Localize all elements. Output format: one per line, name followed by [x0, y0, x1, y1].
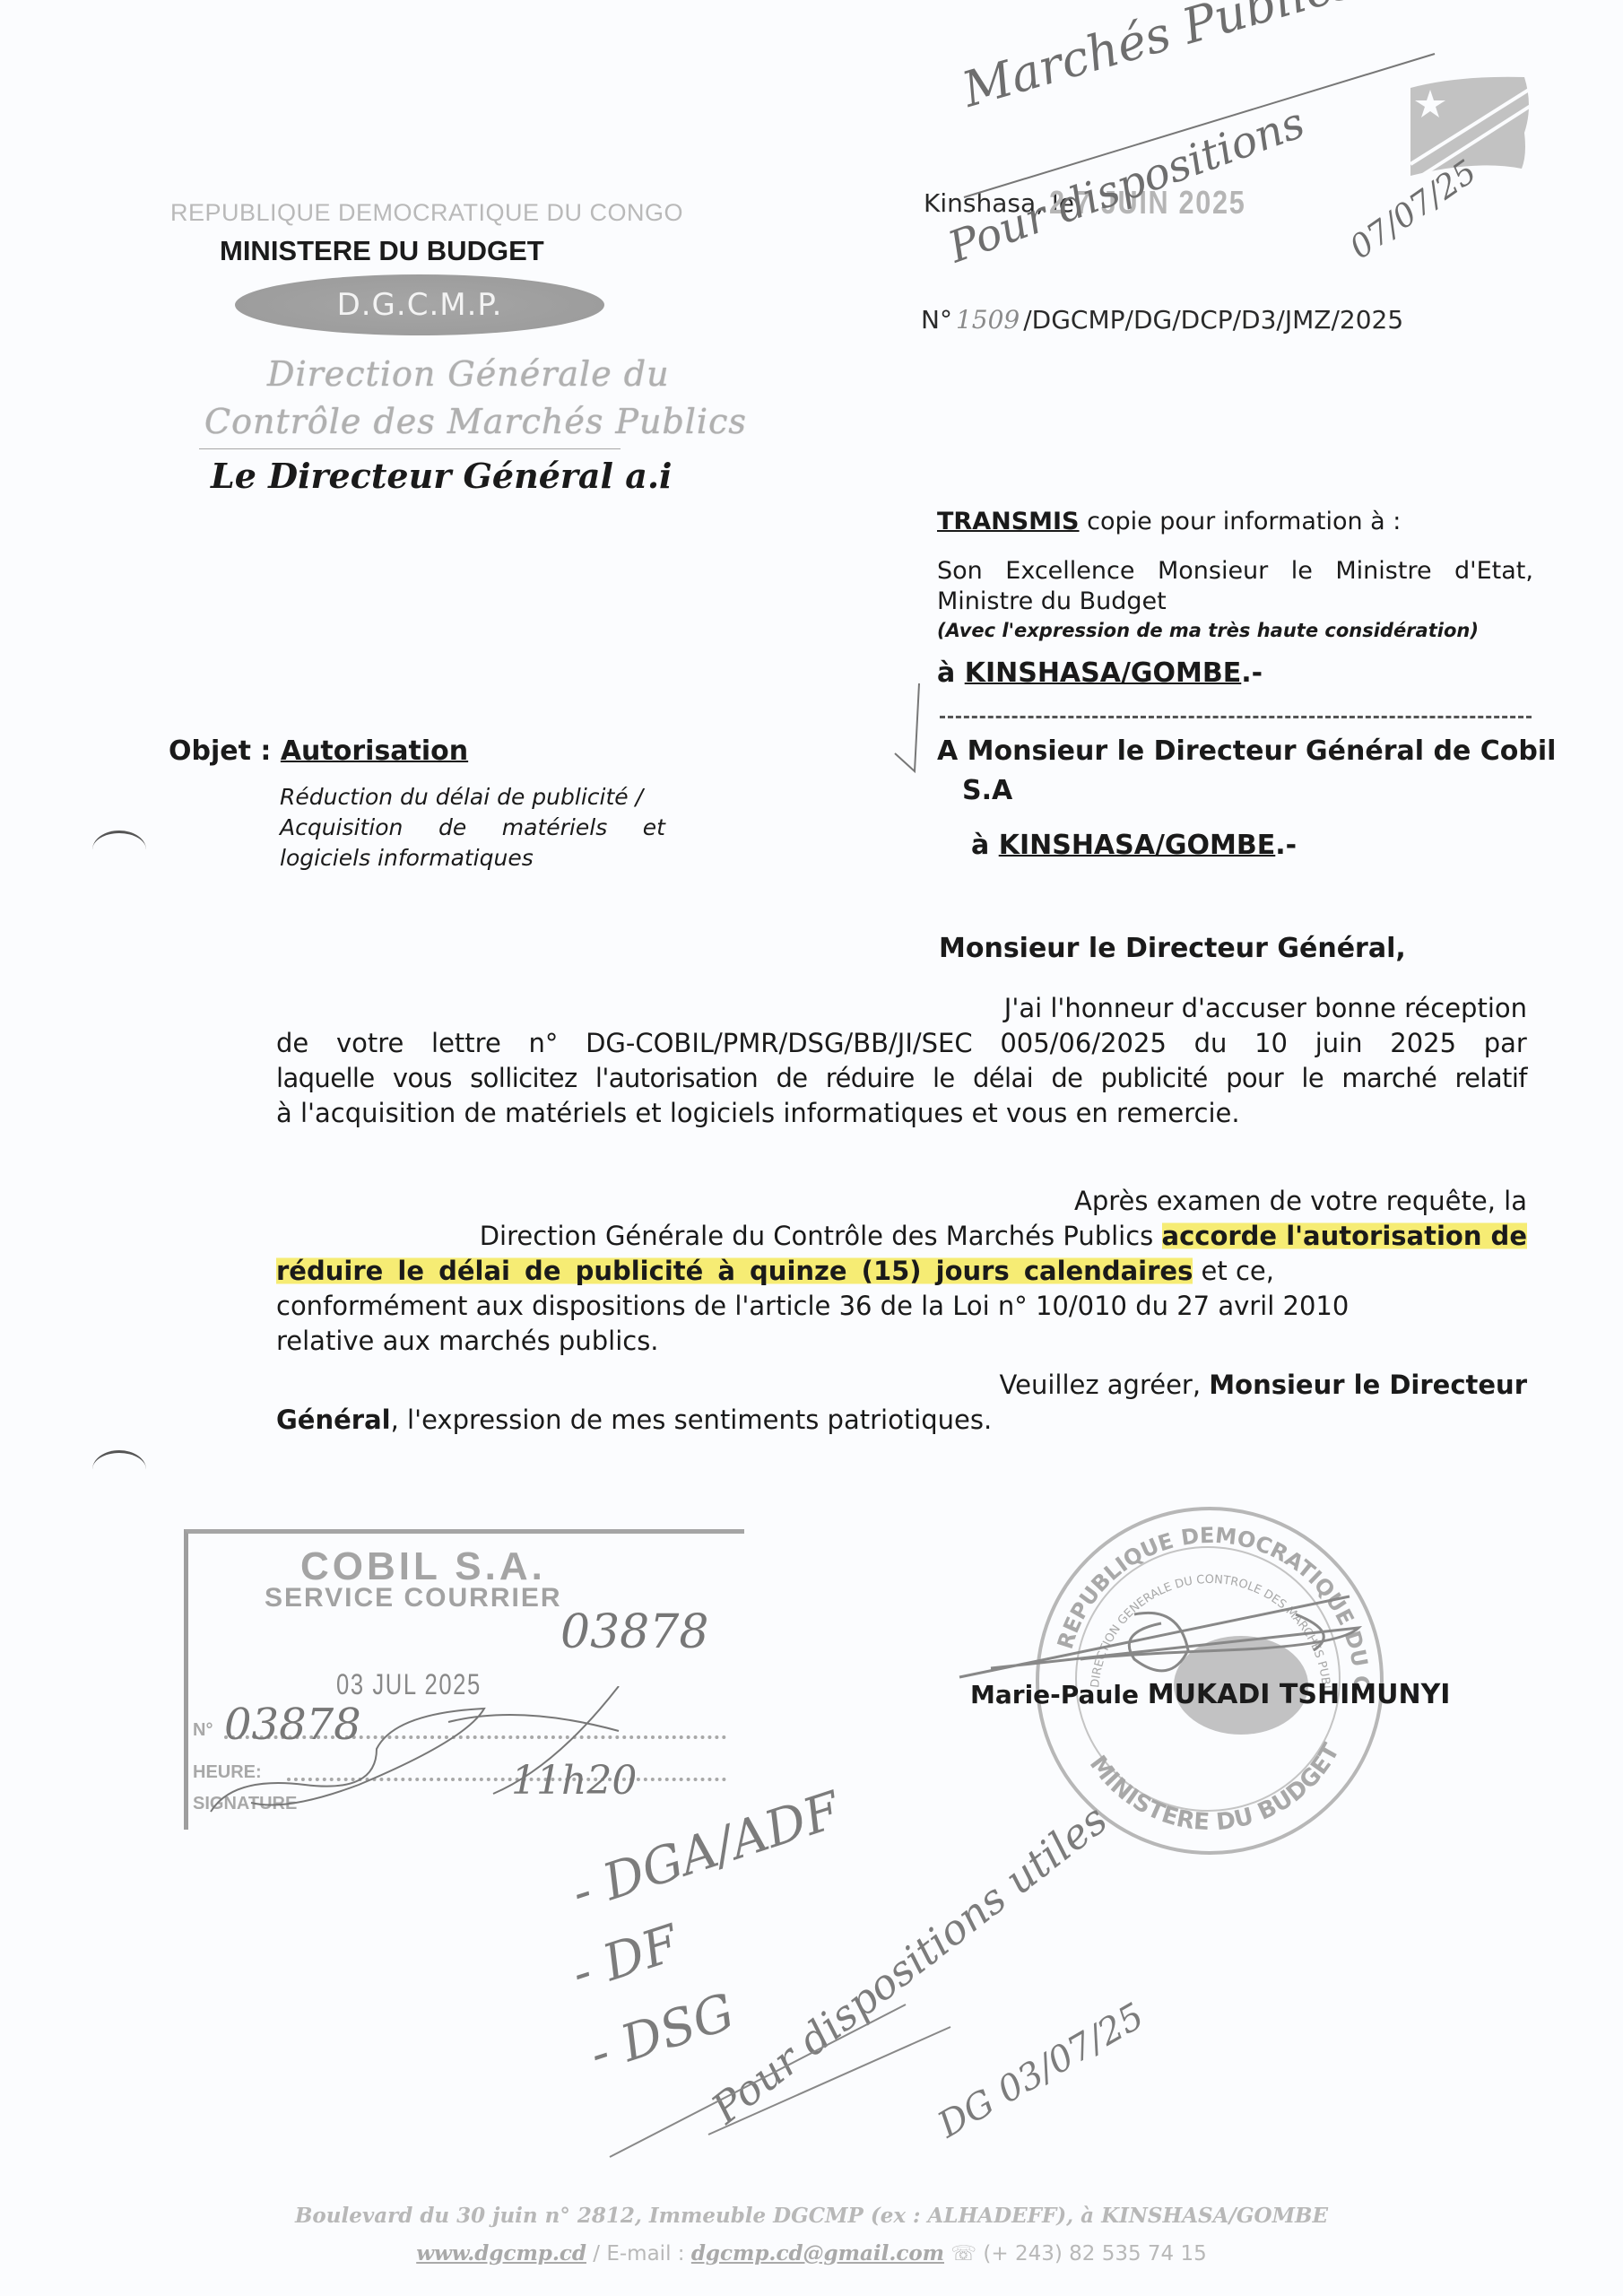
- handwritten-receipt-signature: [197, 1686, 628, 1821]
- reference-number: N°1509/DGCMP/DG/DCP/D3/JMZ/2025: [921, 305, 1403, 335]
- word: sollicitez: [470, 1061, 577, 1096]
- city-suffix: .-: [1275, 830, 1297, 861]
- copy-recipient-line2: Ministre du Budget: [915, 587, 1533, 617]
- p1-line3: laquellevoussollicitezl'autorisationderé…: [276, 1061, 1527, 1096]
- p3-plain: Veuillez agréer,: [1000, 1370, 1210, 1400]
- p1-line4: à l'acquisition de matériels et logiciel…: [276, 1096, 1527, 1131]
- p3-bold: Général: [276, 1405, 391, 1435]
- copy-recipient-city: à KINSHASA/GOMBE.-: [915, 658, 1533, 689]
- signatory-name: Marie-Paule MUKADI TSHIMUNYI: [970, 1679, 1450, 1710]
- reference-handwritten-number: 1509: [956, 305, 1020, 335]
- word: réduire: [826, 1061, 915, 1096]
- body-paragraph-2: Après examen de votre requête, la Direct…: [276, 1184, 1527, 1359]
- signatory-title: Le Directeur Général a.i: [211, 456, 672, 496]
- p3-bold: Monsieur le Directeur: [1209, 1370, 1527, 1400]
- word: délai: [973, 1061, 1033, 1096]
- subject-title: Autorisation: [281, 735, 468, 767]
- p2-line3: réduire le délai de publicité à quinze (…: [276, 1254, 1527, 1289]
- p3-plain: , l'expression de mes sentiments patriot…: [391, 1405, 993, 1435]
- word: 10: [1254, 1026, 1288, 1061]
- addressee-city: à KINSHASA/GOMBE.-: [971, 830, 1297, 861]
- letterhead-country: REPUBLIQUE DEMOCRATIQUE DU CONGO: [170, 199, 683, 227]
- word: votre: [336, 1026, 404, 1061]
- letterhead-direction-line1: Direction Générale du: [267, 354, 670, 394]
- subject-line3: logiciels informatiques: [280, 843, 665, 874]
- city-suffix: .-: [1241, 657, 1263, 689]
- letterhead-ministry: MINISTERE DU BUDGET: [220, 235, 544, 267]
- signatory-last-name: MUKADI TSHIMUNYI: [1148, 1679, 1451, 1710]
- copy-recipient-line1: Son Excellence Monsieur le Ministre d'Et…: [915, 556, 1533, 587]
- handwritten-checkmark-icon: [888, 682, 942, 780]
- p2-first-line: Après examen de votre requête, la: [276, 1184, 1527, 1219]
- word: lettre: [431, 1026, 501, 1061]
- word: de: [438, 813, 466, 843]
- word: matériels: [502, 813, 607, 843]
- subject-detail: Réduction du délai de publicité / Acquis…: [280, 782, 665, 874]
- body-paragraph-3: Veuillez agréer, Monsieur le Directeur G…: [276, 1368, 1527, 1438]
- word: de: [276, 1026, 308, 1061]
- word: et: [643, 813, 665, 843]
- footer-contact: www.dgcmp.cd / E-mail : dgcmp.cd@gmail.c…: [0, 2241, 1623, 2266]
- addressee-line1: A Monsieur le Directeur Général de Cobil: [937, 735, 1556, 767]
- body-paragraph-1: J'ai l'honneur d'accuser bonne réception…: [276, 991, 1527, 1131]
- word: le: [1291, 556, 1313, 587]
- addressee: A Monsieur le Directeur Général de Cobil…: [937, 732, 1556, 811]
- highlighted-text: accorde l'autorisation de: [1162, 1221, 1528, 1251]
- addressee-line2: S.A: [937, 771, 1556, 811]
- highlighted-text: réduire le délai de publicité à quinze (…: [276, 1256, 1193, 1286]
- word: DG-COBIL/PMR/DSG/BB/JI/SEC: [586, 1026, 973, 1061]
- reference-prefix: N°: [921, 305, 952, 335]
- word: d'Etat,: [1454, 556, 1533, 587]
- copy-heading-bold: TRANSMIS: [937, 508, 1080, 535]
- word: marché: [1341, 1061, 1436, 1096]
- dgcmp-acronym: D.G.C.M.P.: [337, 287, 503, 323]
- word: Excellence: [1005, 556, 1134, 587]
- p2-line3-plain: et ce,: [1193, 1256, 1274, 1286]
- word: juin: [1315, 1026, 1363, 1061]
- footer-website-link[interactable]: www.dgcmp.cd: [416, 2241, 586, 2266]
- copy-recipient-note: (Avec l'expression de ma très haute cons…: [915, 617, 1533, 644]
- word: de: [776, 1061, 807, 1096]
- p1-first-line: J'ai l'honneur d'accuser bonne réception: [276, 991, 1527, 1026]
- p2-line2: Direction Générale du Contrôle des March…: [276, 1219, 1527, 1254]
- word: du: [1194, 1026, 1228, 1061]
- subject-label: Objet :: [169, 735, 281, 767]
- footer-email-link[interactable]: dgcmp.cd@gmail.com: [691, 2241, 944, 2266]
- word: publicité: [1101, 1061, 1208, 1096]
- margin-punch-mark: [92, 831, 146, 869]
- dashed-separator: [940, 716, 1532, 718]
- copy-recipient: Son Excellence Monsieur le Ministre d'Et…: [915, 556, 1533, 689]
- salutation: Monsieur le Directeur Général,: [939, 933, 1406, 964]
- signatory-first-name: Marie-Paule: [970, 1680, 1148, 1709]
- subject-heading: Objet : Autorisation: [169, 735, 468, 767]
- p3-first-line: Veuillez agréer, Monsieur le Directeur: [276, 1368, 1527, 1403]
- p3-line2: Général, l'expression de mes sentiments …: [276, 1403, 1527, 1438]
- subject-line2: Acquisition de matériels et: [280, 813, 665, 843]
- word: le: [933, 1061, 955, 1096]
- p1-line2: devotrelettren°DG-COBIL/PMR/DSG/BB/JI/SE…: [276, 1026, 1527, 1061]
- dgcmp-logo-oval: D.G.C.M.P.: [235, 274, 604, 335]
- p2-line4: conformément aux dispositions de l'artic…: [276, 1289, 1527, 1324]
- word: le: [1301, 1061, 1324, 1096]
- word: Monsieur: [1158, 556, 1268, 587]
- copy-heading-rest: copie pour information à :: [1080, 508, 1402, 535]
- handwritten-receipt-number: 03878: [560, 1605, 708, 1659]
- word: par: [1484, 1026, 1527, 1061]
- word: 2025: [1390, 1026, 1456, 1061]
- word: Ministre: [1335, 556, 1431, 587]
- copy-heading: TRANSMIS copie pour information à :: [937, 508, 1401, 535]
- word: de: [1051, 1061, 1082, 1096]
- footer-address: Boulevard du 30 juin n° 2812, Immeuble D…: [0, 2204, 1623, 2228]
- city-name: KINSHASA/GOMBE: [965, 657, 1242, 689]
- p2-line5: relative aux marchés publics.: [276, 1324, 1527, 1359]
- p2-line2-plain: Direction Générale du Contrôle des March…: [480, 1221, 1162, 1251]
- word: Acquisition: [280, 813, 403, 843]
- handwritten-routing-lines: [574, 1928, 1076, 2197]
- word: Son: [937, 556, 983, 587]
- letterhead-rule: [199, 448, 621, 449]
- word: relatif: [1455, 1061, 1527, 1096]
- word: n°: [529, 1026, 559, 1061]
- reference-suffix: /DGCMP/DG/DCP/D3/JMZ/2025: [1023, 305, 1403, 335]
- handwritten-director-signature: [955, 1561, 1367, 1695]
- receipt-stamp-service: SERVICE COURRIER: [265, 1583, 562, 1613]
- subject-line1: Réduction du délai de publicité /: [280, 782, 665, 813]
- city-prefix: à: [971, 830, 999, 861]
- word: laquelle: [276, 1061, 375, 1096]
- word: l'autorisation: [595, 1061, 758, 1096]
- footer-separator: / E-mail :: [586, 2242, 691, 2266]
- svg-text:MINISTERE DU BUDGET: MINISTERE DU BUDGET: [1084, 1739, 1345, 1836]
- word: vous: [393, 1061, 452, 1096]
- letterhead-direction-line2: Contrôle des Marchés Publics: [204, 402, 747, 441]
- word: 005/06/2025: [1000, 1026, 1167, 1061]
- margin-punch-mark: [92, 1450, 146, 1489]
- city-name: KINSHASA/GOMBE: [999, 830, 1276, 861]
- footer-phone: ☏ (+ 243) 82 535 74 15: [944, 2242, 1207, 2266]
- word: pour: [1226, 1061, 1283, 1096]
